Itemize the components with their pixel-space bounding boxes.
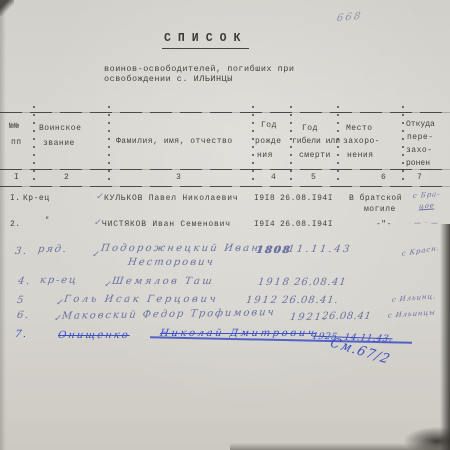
table-bottom-rule <box>0 186 450 187</box>
column-separator-1 <box>33 106 35 186</box>
scanned-document: 668 СПИСОК воинов-освободителей, погибши… <box>0 0 450 450</box>
row-1-rank: Кр-ец <box>23 194 50 203</box>
row-1-birth-year: I9I8 <box>254 194 275 203</box>
row-4-death-date: 26.08.41 <box>293 277 347 288</box>
row-2-death-date: 26.08.I94I <box>280 220 333 229</box>
row-1-name: КУЛЬКОВ Павел Николаевич <box>104 194 238 203</box>
row-4-rank: кр-ец <box>39 275 78 286</box>
header-col1-line1: №№ <box>9 122 20 131</box>
row-3-check-mark: ✓ <box>91 250 101 260</box>
row-2-birth-year: I9I4 <box>254 220 275 229</box>
header-col6-line3: нения <box>347 151 374 160</box>
row-2-reburied-from-mark: — · — <box>413 219 439 227</box>
header-col2-line2: звание <box>43 139 75 148</box>
row-4-name: Шемялов Таш <box>111 276 215 287</box>
col-number-5: 5 <box>311 173 316 182</box>
row-3-rank: ряд. <box>37 244 68 255</box>
row-7-number: 7. <box>14 329 29 340</box>
header-col6-line1: Место <box>346 124 373 133</box>
header-col5-line2: гибели или <box>292 137 340 146</box>
row-7-name-crossed-out: Онищенко <box>57 330 130 341</box>
row-5-name: Голь Исак Герцович <box>63 294 219 305</box>
col-number-1: I <box>14 173 19 182</box>
header-col6-line2: захоро- <box>343 137 380 146</box>
scan-bottom-edge-shadow <box>230 443 450 450</box>
header-col4-line3: ния <box>257 151 273 160</box>
row-1-reburied-from-line2: цое <box>418 201 435 210</box>
row-3-number: 3. <box>14 246 29 257</box>
scan-right-edge-shadow <box>440 224 450 450</box>
header-col5-line3: смерти <box>299 151 331 160</box>
header-col1-line2: пп <box>11 138 22 147</box>
header-col4-line2: рожде <box>255 137 282 146</box>
header-col7-line4: ронен <box>406 159 430 168</box>
document-subtitle-line2: освобождении с. ИЛЬИНЦЫ <box>104 74 233 84</box>
col-number-3: 3 <box>176 173 181 182</box>
row-6-reburied-from: с Ильинцы <box>387 308 436 319</box>
col-number-2: 2 <box>64 173 69 182</box>
header-col5-line1: Год <box>302 124 318 133</box>
row-4-number: 4. <box>17 276 32 287</box>
row-3-name-line1: Подорожнецкий Иван <box>100 243 261 254</box>
column-separator-3 <box>252 106 254 186</box>
column-separator-4 <box>290 106 292 186</box>
column-separator-2 <box>108 106 110 186</box>
row-1-burial-place-line1: В братской <box>349 194 402 203</box>
row-2-burial-place-ditto: -"- <box>376 220 392 229</box>
row-5-reburied-from: с Ильинц. <box>391 292 436 304</box>
row-5-birth-year: 1912 <box>245 295 279 306</box>
col-number-6: 6 <box>381 173 386 182</box>
row-2-name: ЧИСТЯКОВ Иван Семенович <box>102 220 231 229</box>
row-5-number: 5 <box>16 295 26 306</box>
col-number-7: 7 <box>417 173 422 182</box>
header-col4-line1: Год <box>261 121 277 130</box>
document-title: СПИСОК <box>162 32 249 49</box>
row-4-birth-year: 1918 <box>257 277 291 288</box>
row-1-burial-place-line2: могиле <box>364 205 396 214</box>
row-6-number: 6. <box>16 310 31 321</box>
row-3-reburied-from: с Красн. <box>402 244 440 258</box>
row-3-name-line2: Несторович <box>127 257 215 268</box>
header-col3-line1: Фамилия, имя, отчество <box>116 137 233 146</box>
row-6-death-date: 26.08.41 <box>321 311 372 322</box>
header-col7-line2: пере- <box>407 133 434 142</box>
row-2-rank-ditto: " <box>45 217 50 225</box>
row-1-death-date: 26.08.I94I <box>280 194 333 203</box>
row-2-number: 2. <box>10 220 21 229</box>
row-1-reburied-from-line1: с Бра- <box>412 190 440 200</box>
header-col2-line1: Воинское <box>39 124 81 133</box>
row-3-death-date: 11.11.43 <box>287 244 352 255</box>
document-subtitle-line1: воинов-освободителей, погибших при <box>104 64 294 74</box>
row-5-death-date: 26.08.41. <box>281 295 339 306</box>
header-col7-line1: Откуда <box>406 120 435 129</box>
row-1-number: I. <box>10 194 21 203</box>
column-separator-5 <box>337 106 339 186</box>
row-6-name: Маковский Федор Трофимович <box>61 307 276 322</box>
header-col7-line3: захо- <box>406 146 433 155</box>
row-7-patronymic-crossed-out: Николай Дмитрович <box>159 328 317 339</box>
scan-bottom-right-blot <box>404 427 450 450</box>
column-separator-6 <box>402 106 404 186</box>
table-top-rule <box>0 112 450 113</box>
table-mid-rule <box>0 169 450 170</box>
col-number-4: 4 <box>271 173 276 182</box>
scan-left-edge-shadow <box>0 0 6 450</box>
scan-corner-mark-top-left <box>0 0 14 16</box>
corner-page-note: 668 <box>336 11 363 25</box>
